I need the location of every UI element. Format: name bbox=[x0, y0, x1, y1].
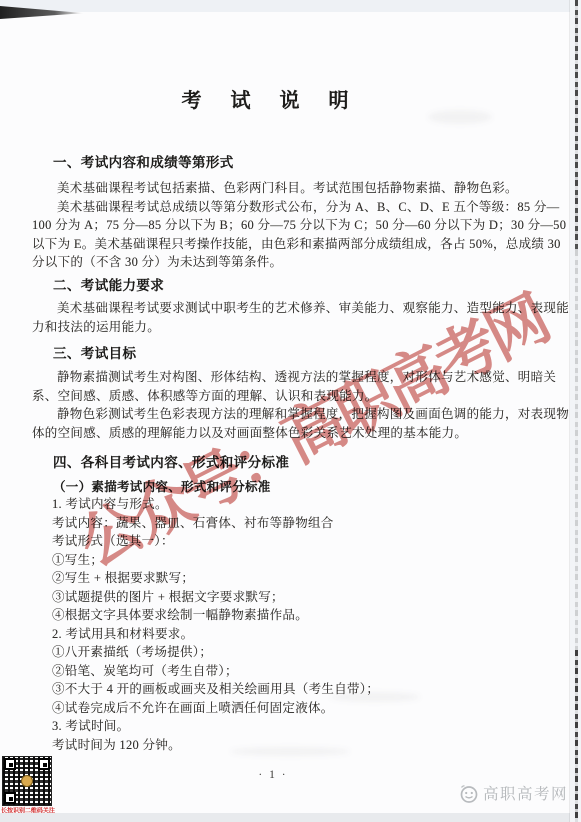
list-item: ③不大于 4 开的画板或画夹及相关绘画用具（考生自带）； bbox=[52, 680, 552, 699]
section-4-item-list: 1. 考试内容与形式。 考试内容：蔬果、器皿、石膏体、衬布等静物组合 考试形式（… bbox=[52, 495, 552, 754]
qr-finder-icon bbox=[4, 792, 16, 804]
paragraph-line: 美术基础课程考试要求测试中职考生的艺术修养、审美能力、观察能力、造型能力、表现能 bbox=[32, 299, 548, 318]
list-item: 考试形式（选其一）： bbox=[52, 532, 552, 551]
list-item: 1. 考试内容与形式。 bbox=[52, 495, 552, 514]
paragraph-line: 力和技法的运用能力。 bbox=[32, 318, 548, 337]
qr-finder-icon bbox=[4, 758, 16, 770]
list-item: ③试题提供的图片 + 根据文字要求默写； bbox=[52, 588, 552, 607]
list-item: 考试时间为 120 分钟。 bbox=[52, 736, 552, 755]
paragraph-line: 100 分为 A；75 分—85 分以下为 B；60 分—75 分以下为 C；5… bbox=[32, 216, 548, 235]
document-title: 考 试 说 明 bbox=[0, 84, 552, 113]
list-item: ④根据文字具体要求绘制一幅静物素描作品。 bbox=[52, 606, 552, 625]
section-4-subheading: （一）素描考试内容、形式和评分标准 bbox=[53, 477, 271, 495]
qr-code-icon bbox=[3, 757, 51, 805]
paragraph-line: 静物色彩测试考生色彩表现方法的理解和掌握程度，把握构图及画面色调的能力，对表现物 bbox=[32, 405, 548, 424]
site-logo-text: 高职高考网 bbox=[483, 782, 568, 804]
section-3-body: 静物素描测试考生对构图、形体结构、透视方法的掌握程度，对形体与艺术感觉、明暗关 … bbox=[32, 368, 548, 442]
list-item: ①写生； bbox=[52, 551, 552, 570]
qr-center-logo-icon bbox=[21, 775, 33, 787]
paragraph-line: 静物素描测试考生对构图、形体结构、透视方法的掌握程度，对形体与艺术感觉、明暗关 bbox=[32, 368, 548, 387]
list-item: ④试卷完成后不允许在画面上喷洒任何固定液体。 bbox=[52, 699, 552, 718]
section-2-body: 美术基础课程考试要求测试中职考生的艺术修养、审美能力、观察能力、造型能力、表现能… bbox=[32, 299, 548, 336]
paragraph-line: 以下为 E。美术基础课程只考操作技能，由色彩和素描两部分成绩组成，各占 50%，… bbox=[32, 235, 548, 254]
qr-finder-icon bbox=[38, 758, 50, 770]
list-item: 2. 考试用具和材料要求。 bbox=[52, 625, 552, 644]
binding-edge-line bbox=[575, 0, 578, 250]
paragraph-line: 美术基础课程考试总成绩以等第分数形式公布，分为 A、B、C、D、E 五个等级：8… bbox=[32, 198, 548, 217]
list-item: 3. 考试时间。 bbox=[52, 717, 552, 736]
section-4-heading: 四、各科目考试内容、形式和评分标准 bbox=[53, 451, 289, 471]
list-item: ②写生 + 根据要求默写； bbox=[52, 569, 552, 588]
binding-edge-line bbox=[575, 650, 578, 822]
list-item: 考试内容：蔬果、器皿、石膏体、衬布等静物组合 bbox=[52, 514, 552, 533]
paragraph-line: 美术基础课程考试包括素描、色彩两门科目。考试范围包括静物素描、静物色彩。 bbox=[32, 179, 548, 198]
scanned-document-page: 考 试 说 明 一、考试内容和成绩等第形式 美术基础课程考试包括素描、色彩两门科… bbox=[0, 0, 581, 822]
scan-background-bottom bbox=[0, 813, 581, 822]
list-item: ②铅笔、炭笔均可（考生自带）； bbox=[52, 662, 552, 681]
paragraph-line: 体的空间感、质感的理解能力以及对画面整体色彩关系艺术处理的基本能力。 bbox=[32, 424, 548, 443]
section-3-heading: 三、考试目标 bbox=[53, 342, 136, 362]
page-edge-shadow bbox=[569, 0, 570, 822]
smiley-face-circle-icon bbox=[459, 784, 478, 803]
paragraph-line: 系、空间感、质感、体积感等方面的理解、认识和表现能力。 bbox=[32, 387, 548, 406]
section-2-heading: 二、考试能力要求 bbox=[53, 274, 164, 294]
paragraph-line: 分以下的（不含 30 分）为未达到等第条件。 bbox=[32, 253, 548, 272]
scan-background-top bbox=[0, 0, 581, 12]
binding-edge-line bbox=[575, 250, 578, 650]
page-number: · 1 · bbox=[0, 769, 554, 781]
site-logo: 高职高考网 bbox=[459, 782, 568, 804]
list-item: ①八开素描纸（考场提供）； bbox=[52, 643, 552, 662]
section-1-heading: 一、考试内容和成绩等第形式 bbox=[53, 151, 234, 171]
section-1-body: 美术基础课程考试包括素描、色彩两门科目。考试范围包括静物素描、静物色彩。 美术基… bbox=[32, 179, 548, 272]
